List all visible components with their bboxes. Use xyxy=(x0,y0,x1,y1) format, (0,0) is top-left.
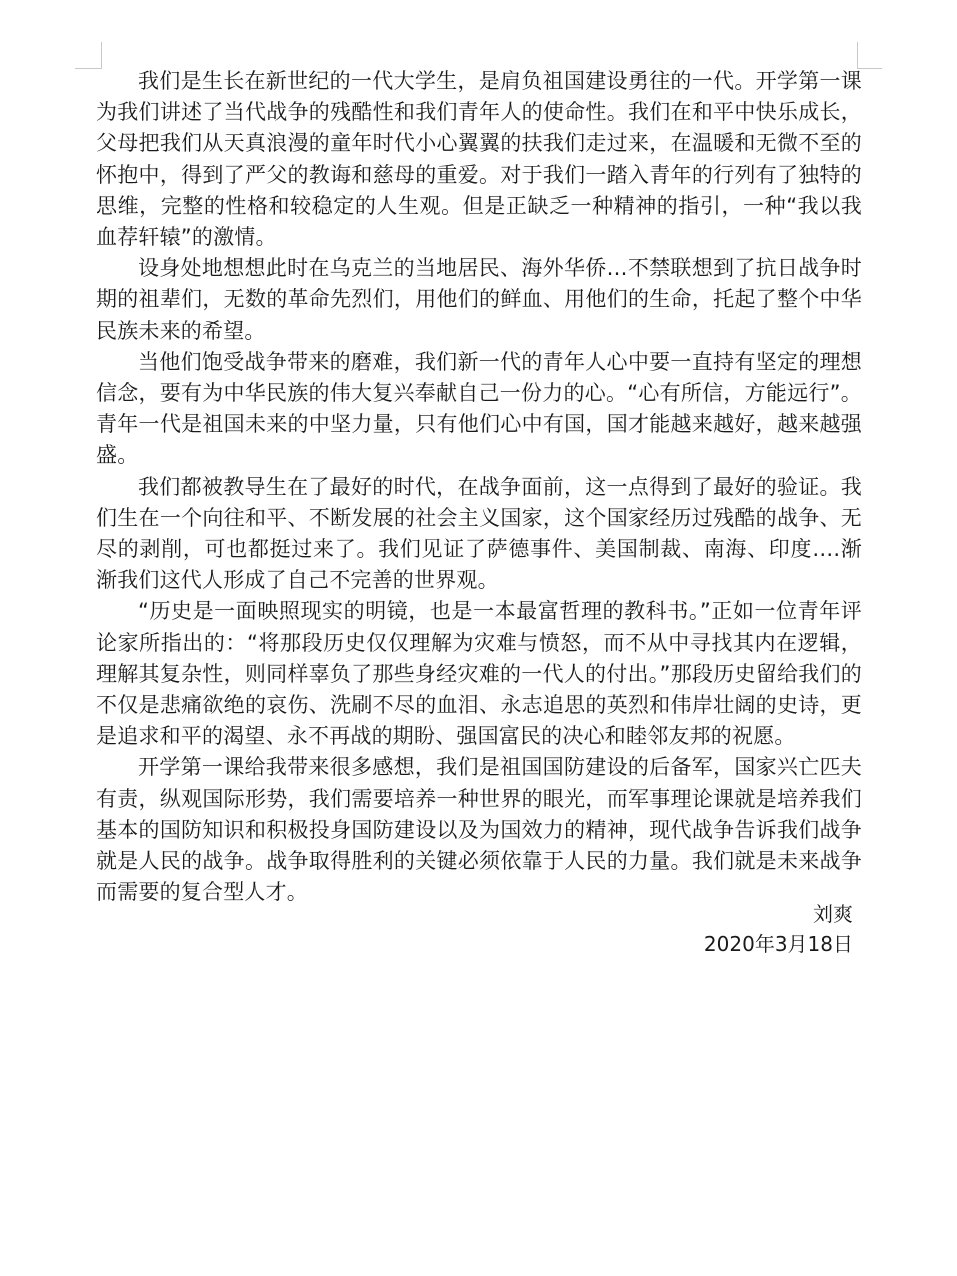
paragraph-2: 设身处地想想此时在乌克兰的当地居民、海外华侨…不禁联想到了抗日战争时期的祖辈们，… xyxy=(96,253,862,347)
paragraph-1: 我们是生长在新世纪的一代大学生，是肩负祖国建设勇往的一代。开学第一课为我们讲述了… xyxy=(96,66,862,253)
paragraph-4: 我们都被教导生在了最好的时代，在战争面前，这一点得到了最好的验证。我们生在一个向… xyxy=(96,472,862,597)
signature-author: 刘爽 xyxy=(813,899,853,929)
page-corner-mark-top-left xyxy=(75,42,102,69)
document-body: 我们是生长在新世纪的一代大学生，是肩负祖国建设勇往的一代。开学第一课为我们讲述了… xyxy=(96,66,862,908)
signature-date: 2020年3月18日 xyxy=(704,929,853,959)
page-corner-mark-top-right xyxy=(857,42,882,69)
paragraph-3: 当他们饱受战争带来的磨难，我们新一代的青年人心中要一直持有坚定的理想信念，要有为… xyxy=(96,347,862,472)
paragraph-6: 开学第一课给我带来很多感想，我们是祖国国防建设的后备军，国家兴亡匹夫有责，纵观国… xyxy=(96,752,862,908)
paragraph-5: “历史是一面映照现实的明镜，也是一本最富哲理的教科书。”正如一位青年评论家所指出… xyxy=(96,596,862,752)
